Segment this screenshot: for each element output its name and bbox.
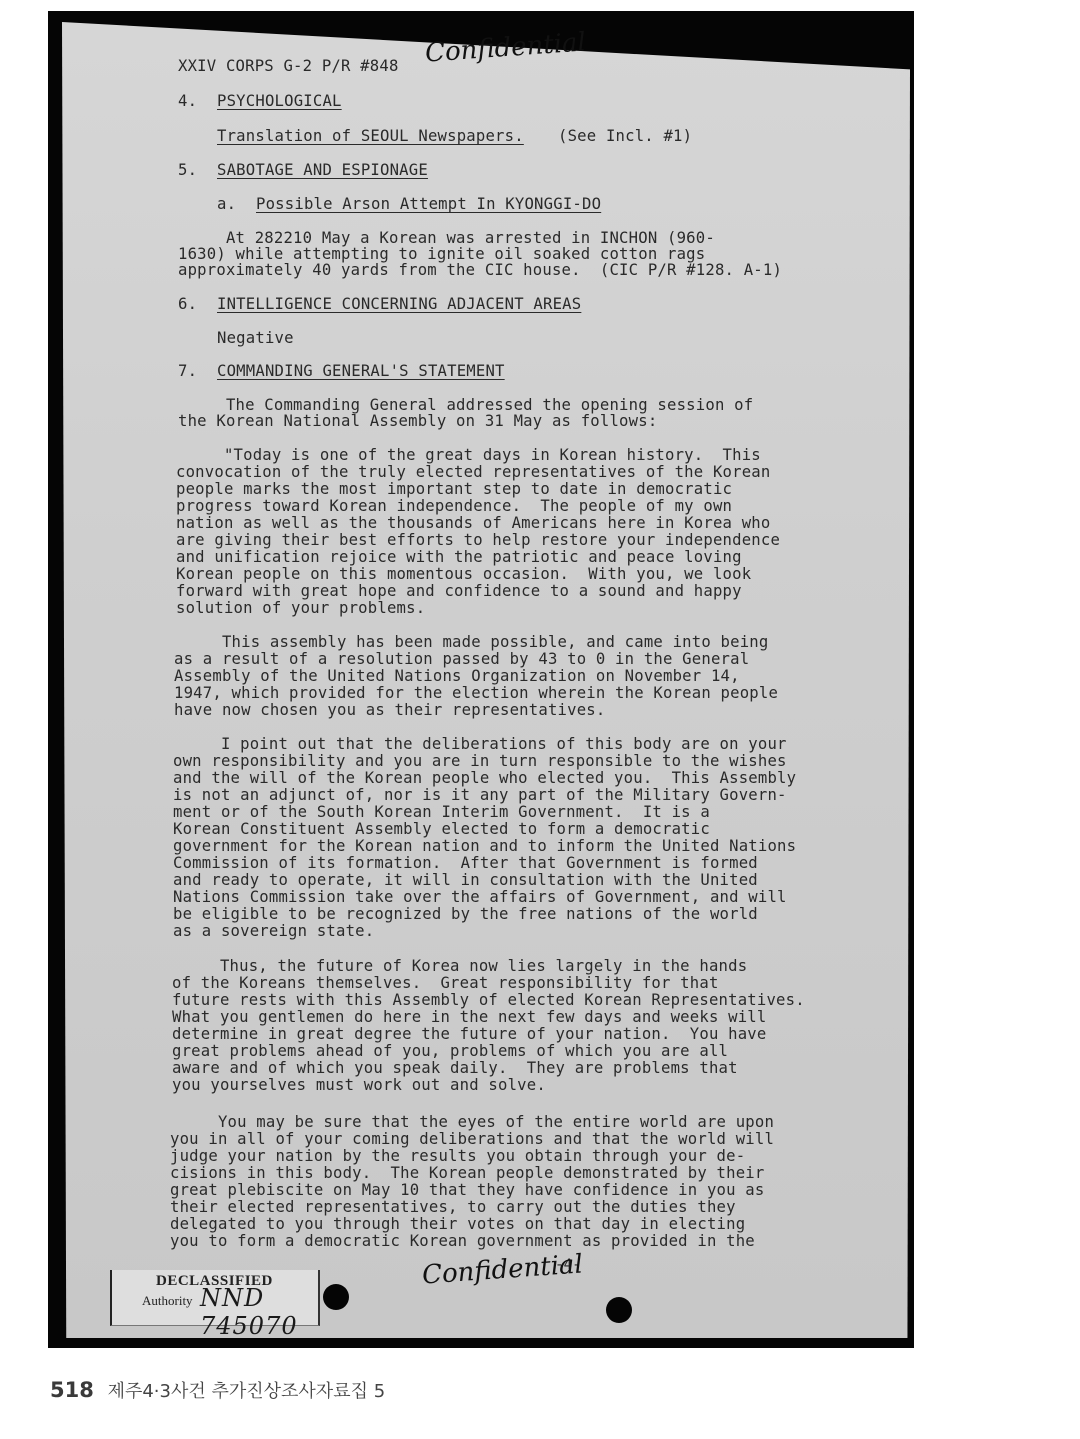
punch-hole-right	[606, 1297, 632, 1323]
section-5-number: 5.	[178, 162, 197, 179]
document-header: XXIV CORPS G-2 P/R #848	[178, 58, 399, 75]
section-7-number: 7.	[178, 363, 197, 380]
confidential-handwriting-bottom: Confidential	[422, 1256, 584, 1284]
newspapers-translation: Translation of SEOUL Newspapers.	[217, 128, 524, 145]
section-5a-title: Possible Arson Attempt In KYONGGI-DO	[256, 196, 601, 213]
section-5-title: SABOTAGE AND ESPIONAGE	[217, 162, 428, 179]
book-title: 제주4·3사건 추가진상조사자료집 5	[108, 1381, 386, 1402]
book-footer: 518 제주4·3사건 추가진상조사자료집 5	[50, 1377, 385, 1403]
book-page-number: 518	[50, 1378, 94, 1402]
section-5a-letter: a.	[217, 196, 236, 213]
section-7-title: COMMANDING GENERAL'S STATEMENT	[217, 363, 505, 380]
section-4-number: 4.	[178, 93, 197, 110]
confidential-handwriting-top: Confidential	[425, 34, 587, 62]
stamp-authority-value: NND 745070	[200, 1284, 318, 1340]
adjacent-areas-text: Negative	[217, 330, 294, 347]
section-4-title: PSYCHOLOGICAL	[217, 93, 342, 110]
section-6-number: 6.	[178, 296, 197, 313]
stamp-authority-label: Authority	[142, 1293, 193, 1309]
section-6-title: INTELLIGENCE CONCERNING ADJACENT AREAS	[217, 296, 581, 313]
typewritten-document: XXIV CORPS G-2 P/R #848 Confidential 4. …	[0, 0, 1080, 1439]
newspapers-inclosure-note: (See Incl. #1)	[558, 128, 692, 145]
punch-hole-left	[323, 1284, 349, 1310]
declassified-stamp: DECLASSIFIED Authority NND 745070	[110, 1270, 320, 1326]
